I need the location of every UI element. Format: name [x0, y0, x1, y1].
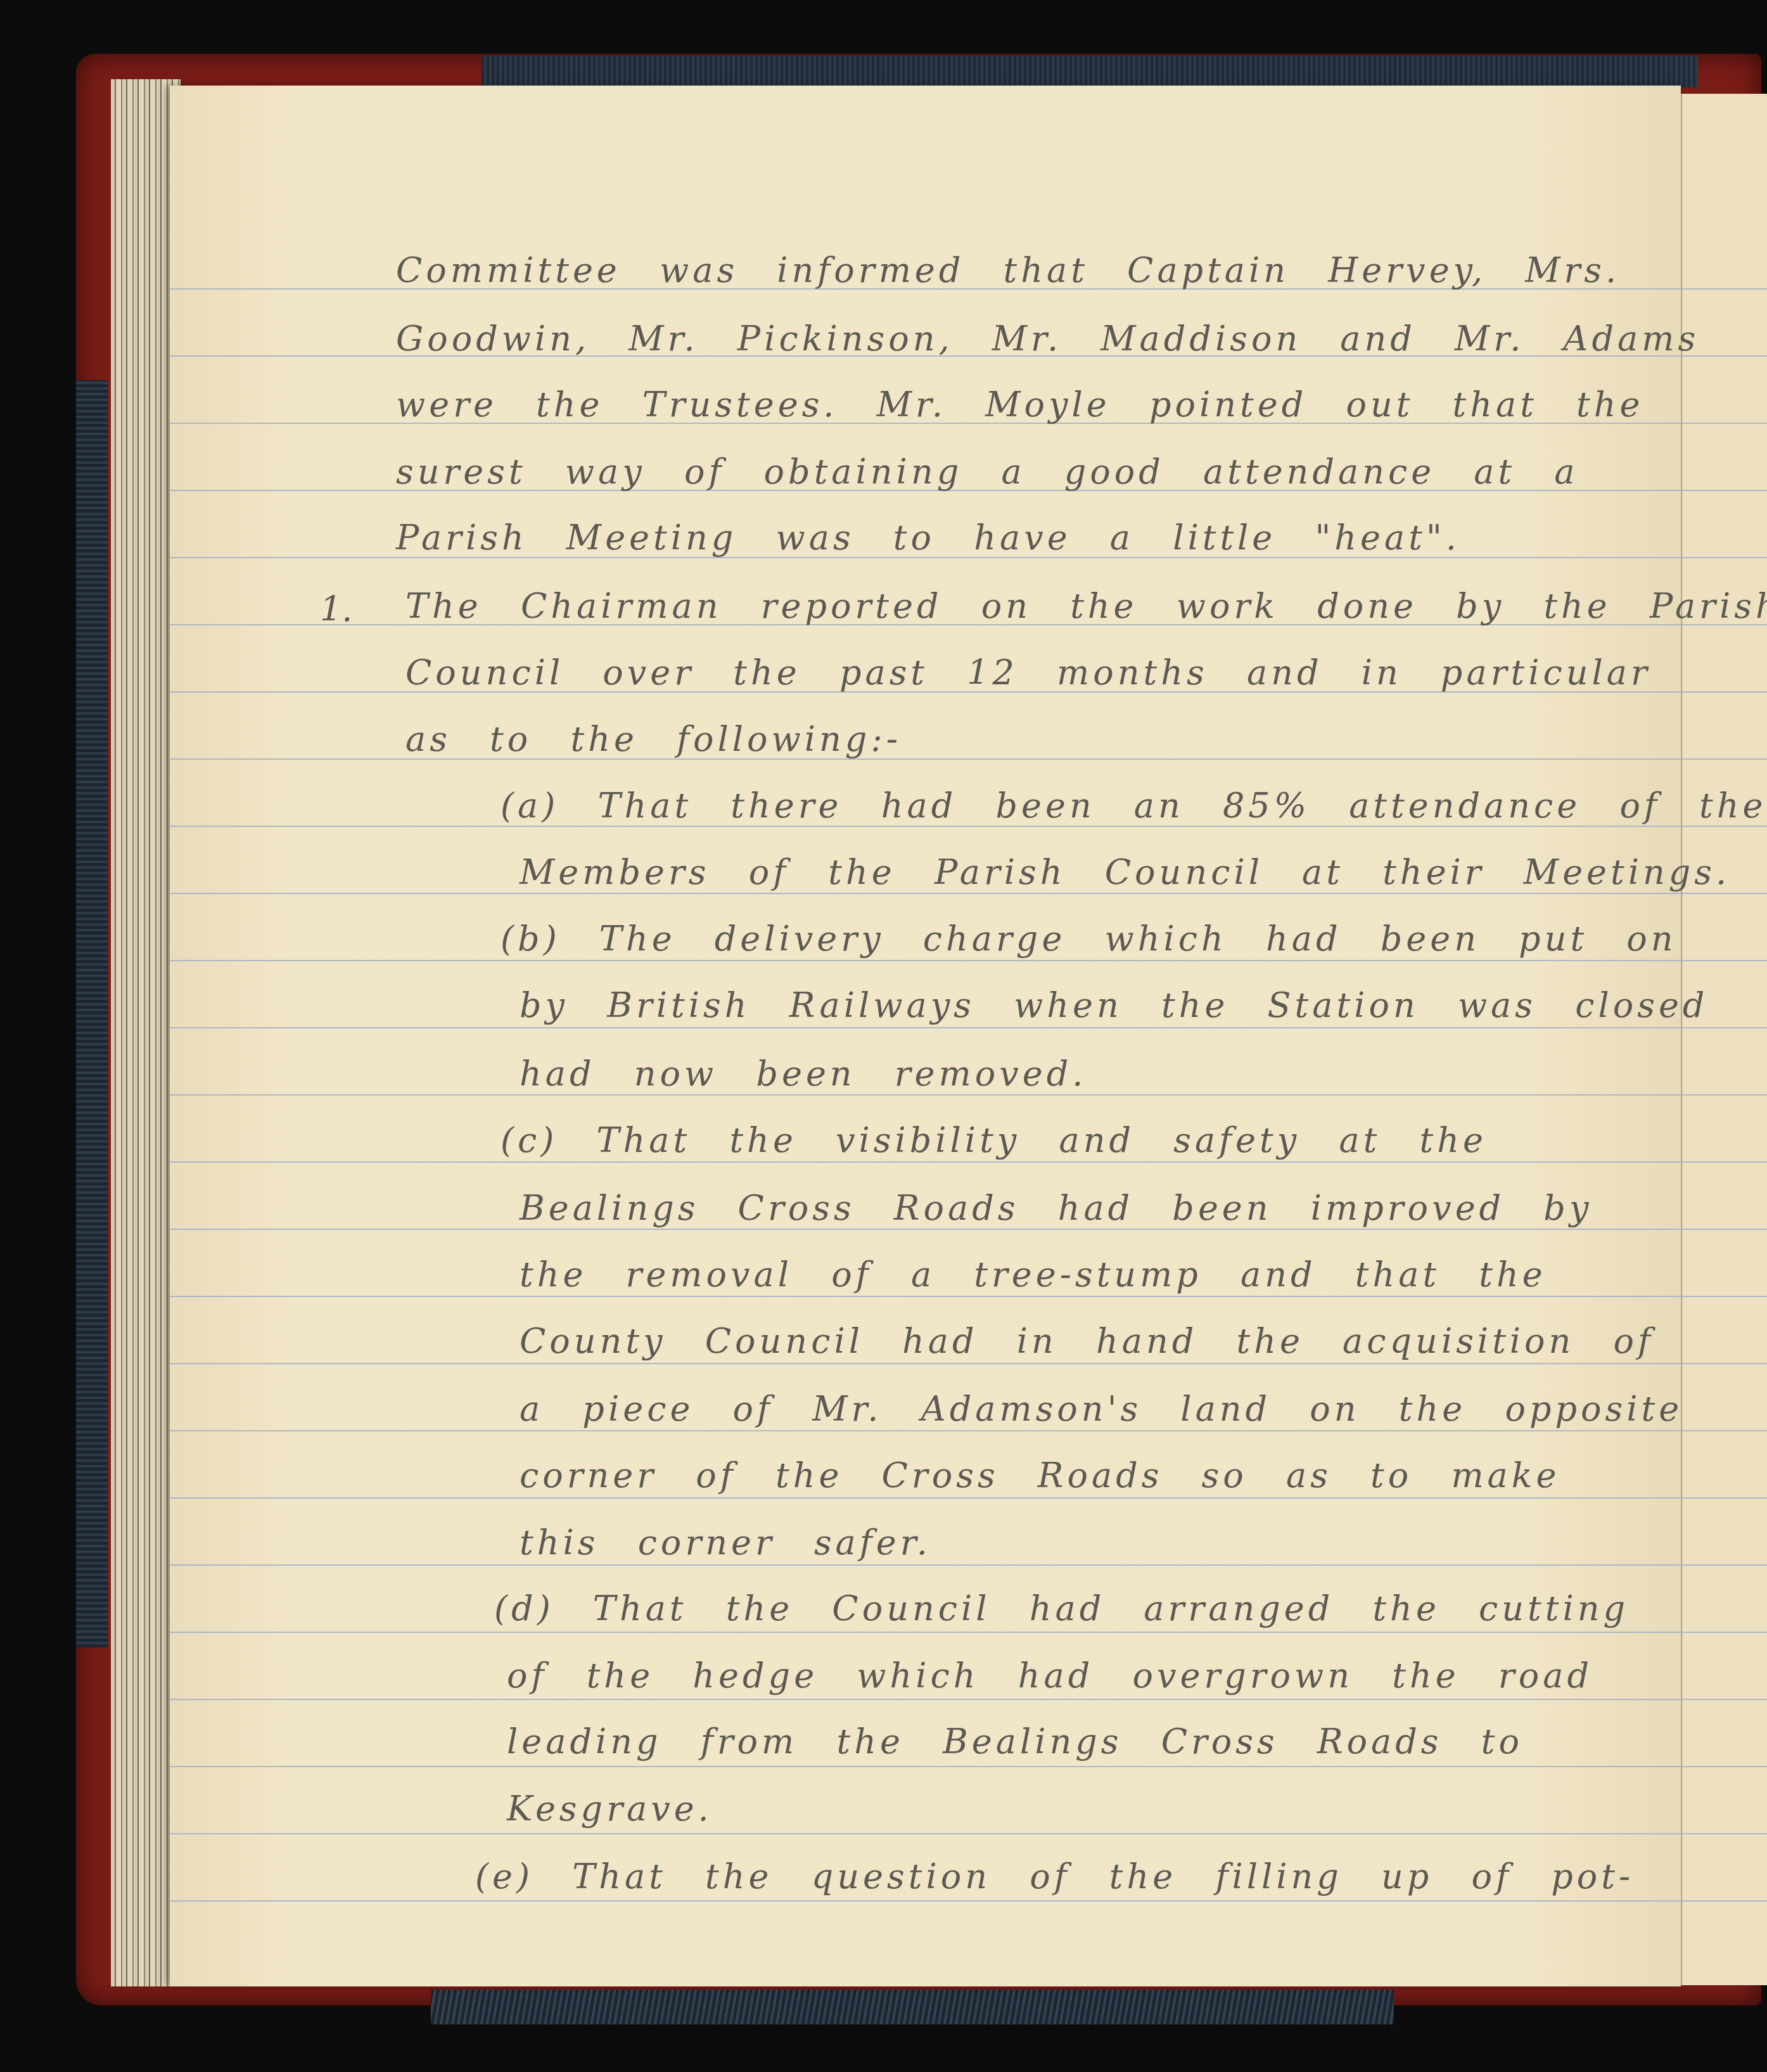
subitem-c-line: the removal of a tree-stump and that the: [520, 1258, 1547, 1292]
ruled-line: [170, 1229, 1767, 1230]
subitem-a-line: Members of the Parish Council at their M…: [520, 855, 1730, 890]
cloth-spine-top: [482, 56, 1698, 87]
text-line: Goodwin, Mr. Pickinson, Mr. Maddison and…: [396, 322, 1699, 356]
subitem-d-line: leading from the Bealings Cross Roads to: [507, 1725, 1523, 1759]
ruled-line: [170, 1564, 1767, 1566]
subitem-e-line: (e) That the question of the filling up …: [475, 1860, 1634, 1894]
ruled-line: [170, 1161, 1767, 1163]
text-line: surest way of obtaining a good attendanc…: [396, 455, 1579, 489]
ruled-line: [170, 826, 1767, 827]
ruled-line: [170, 1699, 1767, 1700]
ruled-line: [170, 1766, 1767, 1767]
ruled-line: [170, 1900, 1767, 1902]
ruled-line: [170, 960, 1767, 961]
text-line: Parish Meeting was to have a little "hea…: [396, 521, 1460, 555]
cloth-spine-bottom: [431, 1990, 1394, 2024]
subitem-d-line: Kesgrave.: [507, 1792, 713, 1826]
cloth-spine-left: [76, 380, 108, 1647]
subitem-c-line: a piece of Mr. Adamson's land on the opp…: [520, 1392, 1683, 1426]
item-number: 1.: [320, 589, 353, 629]
text-line: Committee was informed that Captain Herv…: [396, 253, 1620, 288]
subitem-c-line: Bealings Cross Roads had been improved b…: [520, 1191, 1592, 1225]
ruled-line: [170, 1833, 1767, 1834]
ruled-line: [170, 1632, 1767, 1633]
text-line: The Chairman reported on the work done b…: [405, 589, 1767, 624]
subitem-d-line: of the hedge which had overgrown the roa…: [507, 1659, 1593, 1693]
ruled-line: [170, 1430, 1767, 1431]
subitem-b-line: by British Railways when the Station was…: [520, 988, 1708, 1023]
text-line: as to the following:-: [405, 722, 902, 757]
subitem-c-line: County Council had in hand the acquisiti…: [520, 1324, 1654, 1359]
text-line: were the Trustees. Mr. Moyle pointed out…: [396, 388, 1644, 422]
subitem-b-line: had now been removed.: [520, 1057, 1087, 1091]
subitem-b-line: (b) The delivery charge which had been p…: [501, 922, 1677, 956]
subitem-a-line: (a) That there had been an 85% attendanc…: [501, 789, 1767, 823]
ruled-line: [170, 1363, 1767, 1364]
subitem-c-line: corner of the Cross Roads so as to make: [520, 1459, 1560, 1493]
subitem-c-line: (c) That the visibility and safety at th…: [501, 1123, 1487, 1158]
ruled-line: [170, 893, 1767, 894]
ruled-line: [170, 1027, 1767, 1028]
ruled-line: [170, 1094, 1767, 1096]
subitem-d-line: (d) That the Council had arranged the cu…: [494, 1592, 1629, 1626]
subitem-c-line: this corner safer.: [520, 1526, 931, 1560]
next-page-edge: [1681, 94, 1767, 1985]
ruled-line: [170, 1497, 1767, 1499]
text-line: Council over the past 12 months and in p…: [405, 656, 1651, 690]
notebook-page: [170, 86, 1681, 1986]
ruled-line: [170, 1296, 1767, 1297]
